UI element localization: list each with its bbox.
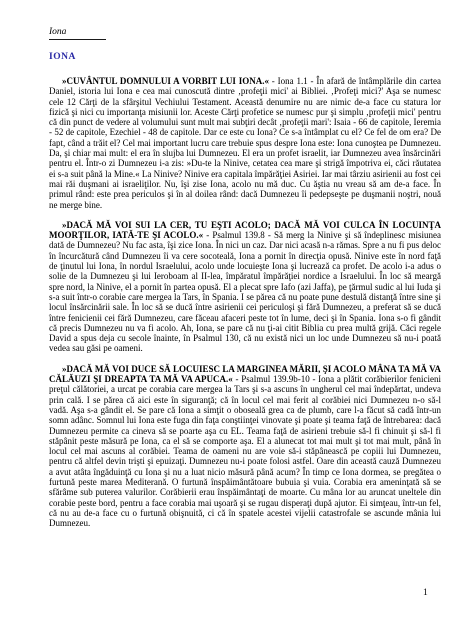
body-text: »CUVÂNTUL DOMNULUI A VORBIT LUI IONA.« -…: [49, 76, 441, 528]
document-content: Iona IONA »CUVÂNTUL DOMNULUI A VORBIT LU…: [49, 27, 441, 528]
paragraph: »DACĂ MĂ VOI DUCE SĂ LOCUIESC LA MARGINE…: [49, 364, 441, 529]
paragraph-body: - Psalmul 139.9b-10 - Iona a plătit coră…: [49, 374, 441, 528]
running-header-underline: Iona: [49, 27, 106, 40]
section-heading: IONA: [49, 52, 441, 62]
document-page: Iona IONA »CUVÂNTUL DOMNULUI A VORBIT LU…: [0, 0, 474, 632]
running-header-title: Iona: [49, 27, 66, 37]
paragraph: »CUVÂNTUL DOMNULUI A VORBIT LUI IONA.« -…: [49, 76, 441, 210]
running-header: Iona: [49, 27, 441, 40]
paragraph-body: - Iona 1.1 - În afară de întâmplările di…: [49, 76, 441, 210]
paragraph-body: - Psalmul 139.8 - Să merg la Ninive şi s…: [49, 230, 441, 353]
paragraph: »DACĂ MĂ VOI SUI LA CER, TU EŞTI ACOLO; …: [49, 220, 441, 354]
page-number: 1: [423, 588, 428, 598]
scripture-quote-lead: »CUVÂNTUL DOMNULUI A VORBIT LUI IONA.«: [62, 76, 269, 86]
